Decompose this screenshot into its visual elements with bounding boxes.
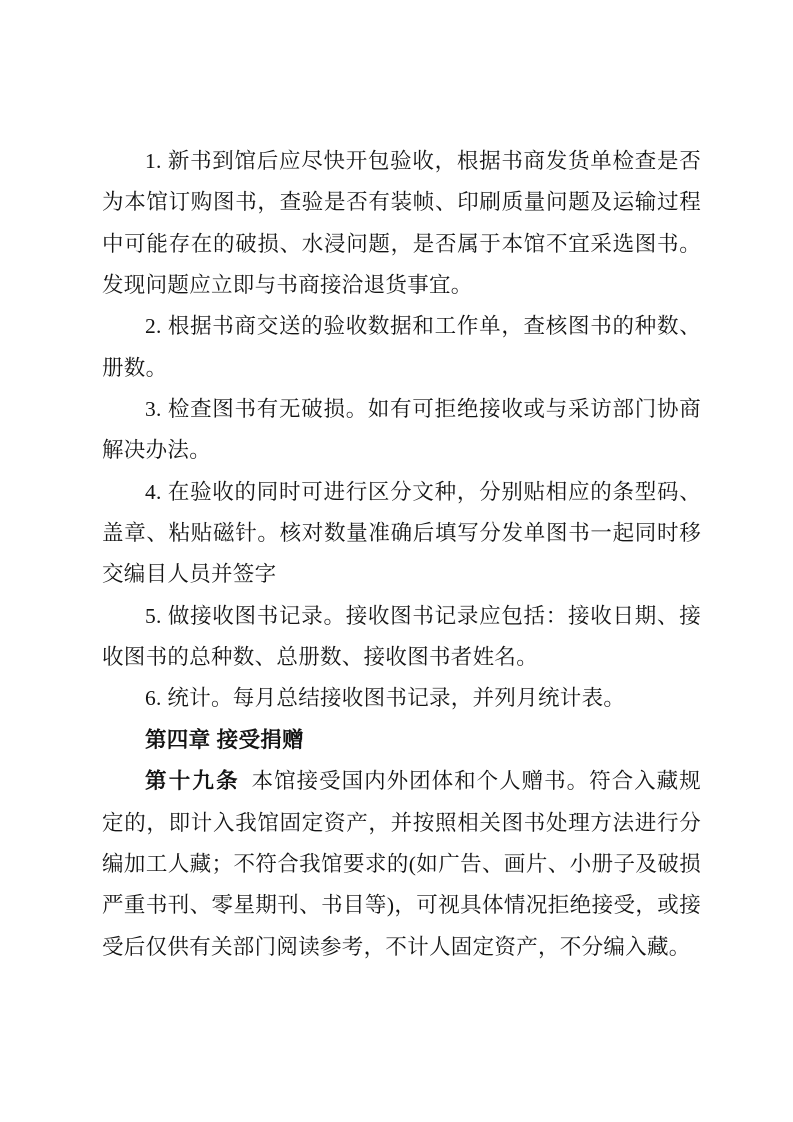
paragraph-item-6-statistics: 6. 统计。每月总结接收图书记录，并列月统计表。 — [102, 678, 701, 719]
paragraph-item-5-acceptance-record: 5. 做接收图书记录。接收图书记录应包括：接收日期、接收图书的总种数、总册数、接… — [102, 596, 701, 679]
article-19-number: 第十九条 — [145, 769, 240, 793]
paragraph-item-2-verify-counts: 2. 根据书商交送的验收数据和工作单，查核图书的种数、册数。 — [102, 306, 701, 389]
paragraph-item-4-barcode-stamp: 4. 在验收的同时可进行区分文种，分别贴相应的条型码、盖章、粘贴磁针。核对数量准… — [102, 472, 701, 596]
chapter-heading: 第四章 接受捐赠 — [102, 720, 701, 761]
paragraph-article-19: 第十九条本馆接受国内外团体和个人赠书。符合入藏规定的，即计入我馆固定资产，并按照… — [102, 761, 701, 968]
document-content: 1. 新书到馆后应尽快开包验收，根据书商发货单检查是否为本馆订购图书，查验是否有… — [102, 141, 701, 968]
paragraph-item-1-unpack-inspection: 1. 新书到馆后应尽快开包验收，根据书商发货单检查是否为本馆订购图书，查验是否有… — [102, 141, 701, 306]
paragraph-item-3-check-damage: 3. 检查图书有无破损。如有可拒绝接收或与采访部门协商解决办法。 — [102, 389, 701, 472]
article-19-text: 本馆接受国内外团体和个人赠书。符合入藏规定的，即计入我馆固定资产，并按照相关图书… — [102, 769, 701, 958]
document-page: 1. 新书到馆后应尽快开包验收，根据书商发货单检查是否为本馆订购图书，查验是否有… — [0, 0, 793, 1122]
